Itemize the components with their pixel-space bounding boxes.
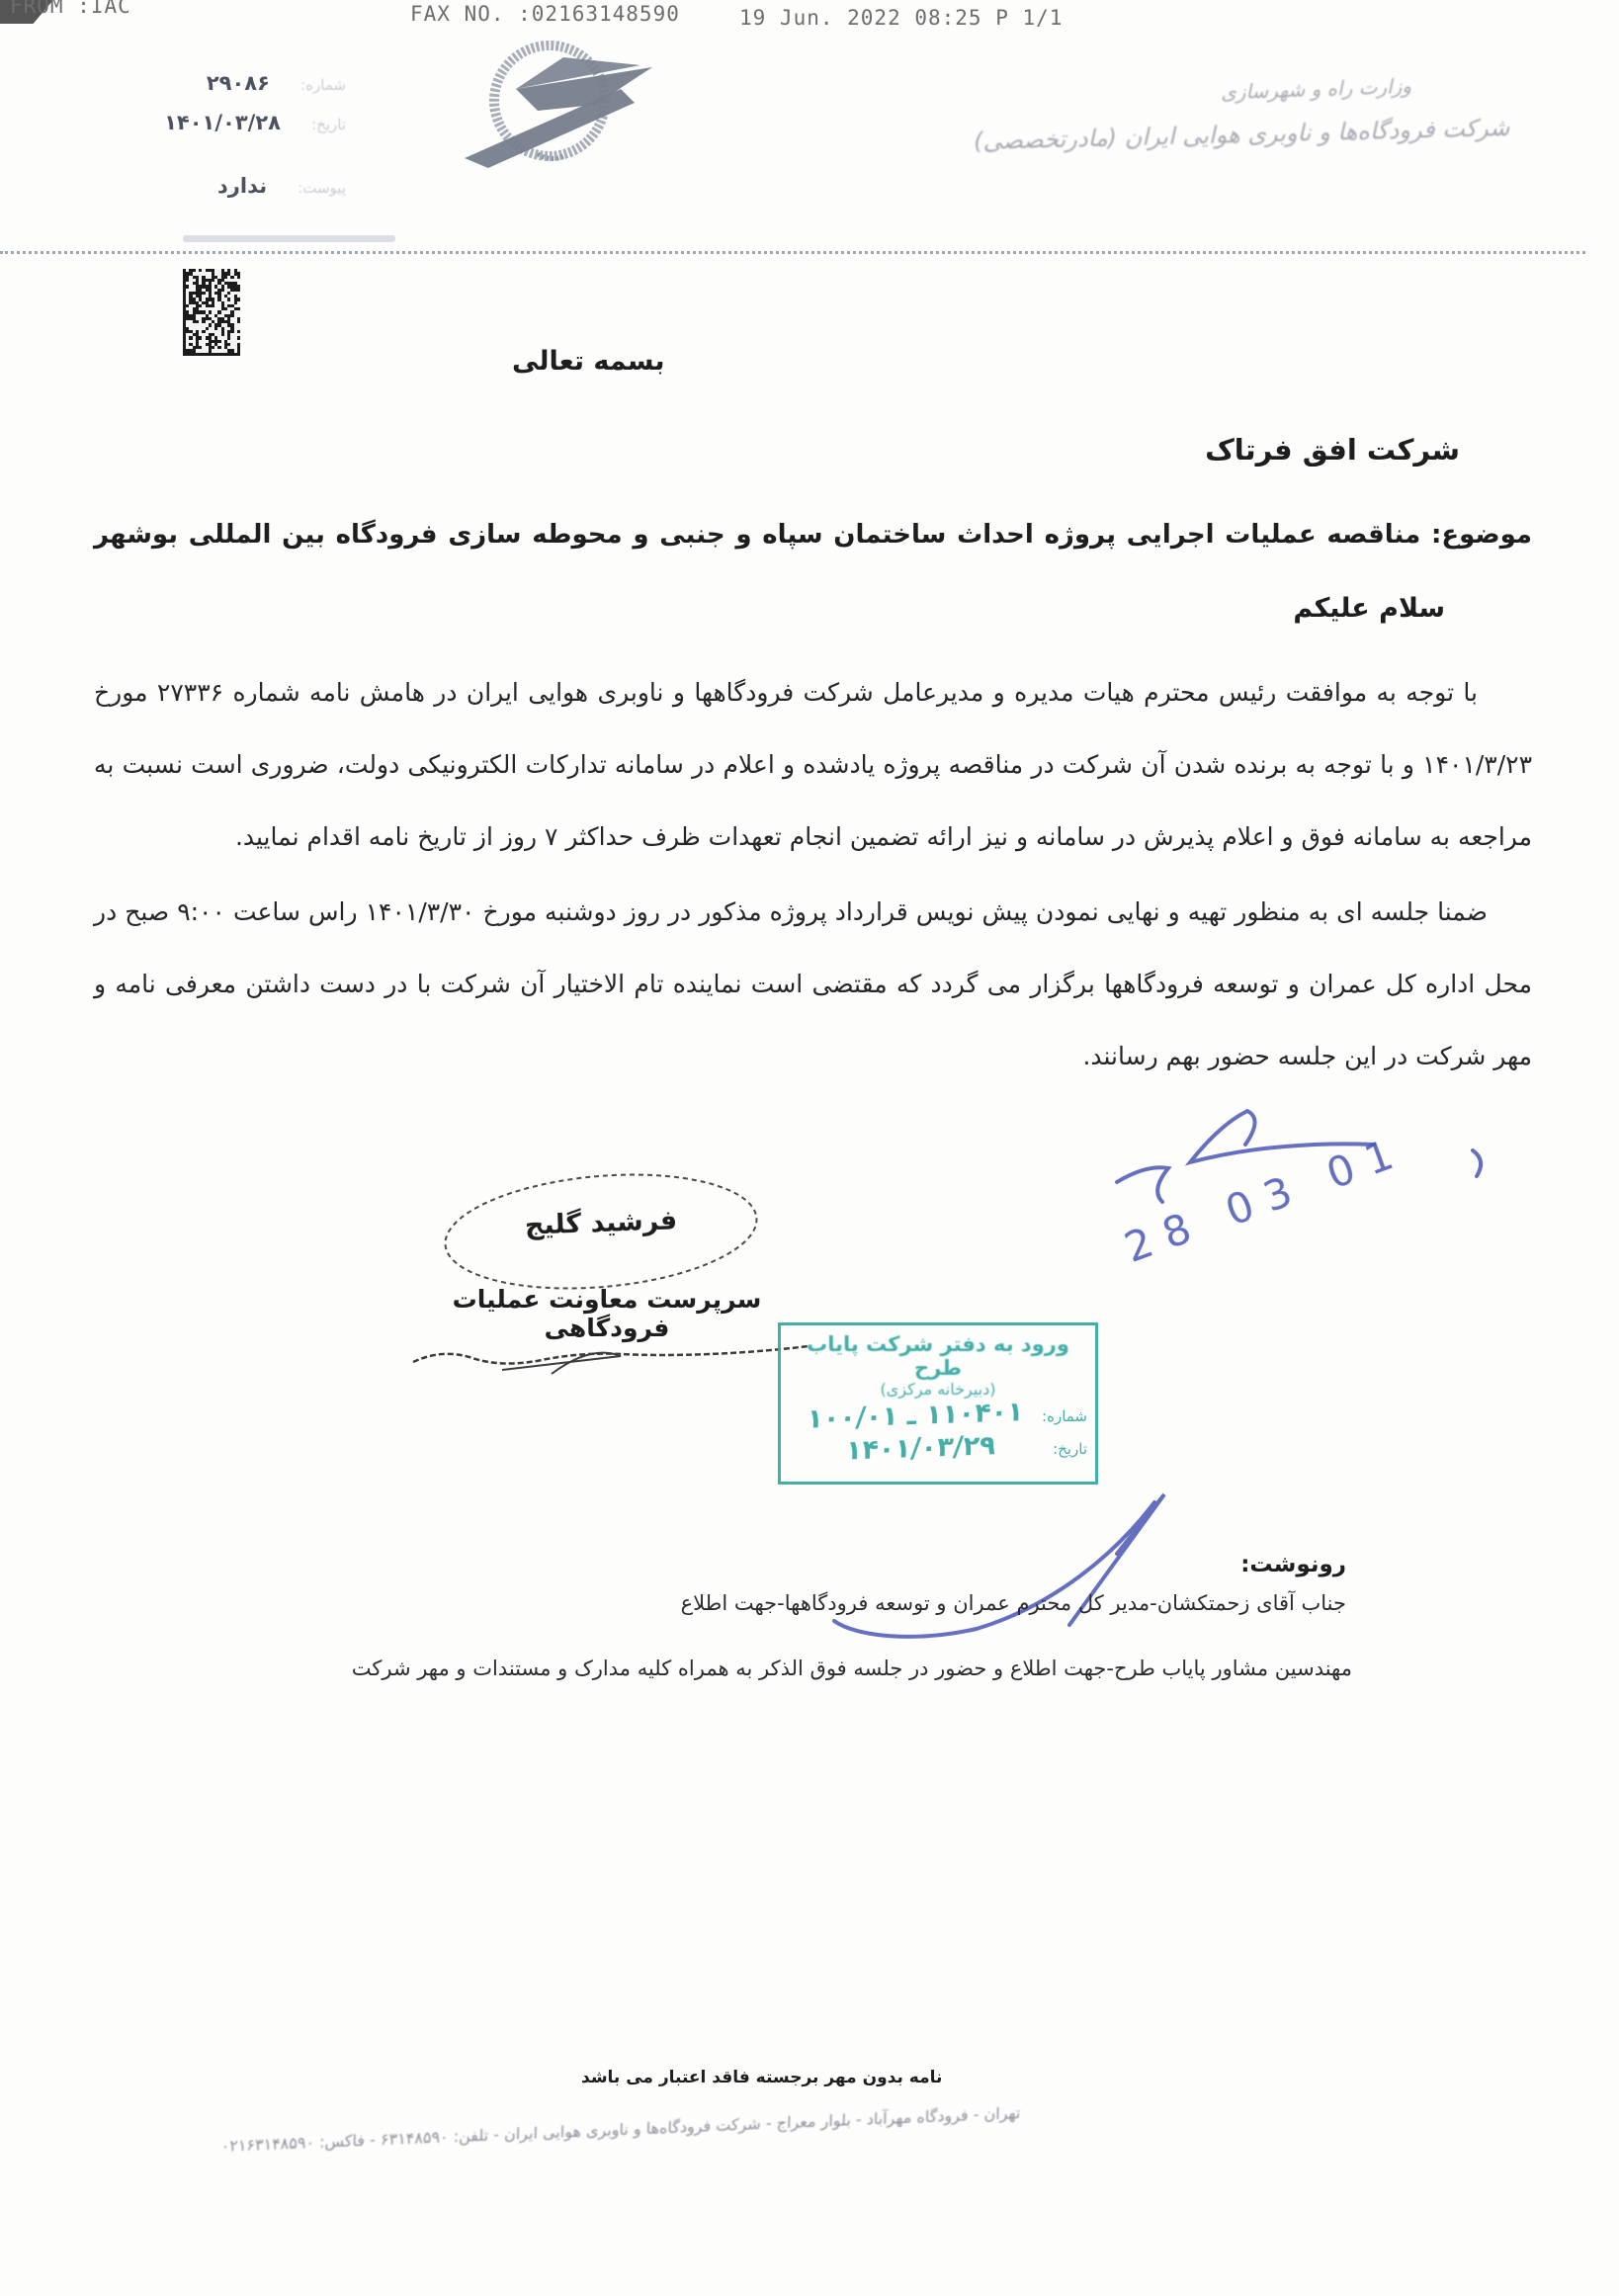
letter-attachment-row: پیوست: ندارد (217, 174, 346, 198)
letter-number-value: ۲۹۰۸۶ (207, 71, 270, 95)
body-paragraph-2: ضمنا جلسه ای به منظور تهیه و نهایی نمودن… (94, 876, 1532, 1092)
attachment-label: پیوست: (298, 179, 346, 197)
subject-line: موضوع: مناقصه عملیات اجرایی پروژه احداث … (94, 520, 1532, 550)
recipient-heading: شرکت افق فرتاک (1205, 433, 1460, 467)
scan-smudge (183, 235, 395, 242)
fax-from-label: FROM :IAC (10, 0, 131, 18)
letter-date-value: ۱۴۰۱/۰۳/۲۸ (164, 111, 281, 134)
letter-date-row: تاریخ: ۱۴۰۱/۰۳/۲۸ (164, 111, 346, 134)
date-label: تاریخ: (311, 116, 346, 133)
number-label: شماره: (300, 76, 346, 94)
qr-code (183, 269, 240, 356)
cc-item-1: جناب آقای زحمتکشان-مدیر کل محترم عمران و… (681, 1591, 1346, 1615)
org-company-line: شرکت فرودگاه‌ها و ناوبری هوایی ایران (ما… (974, 114, 1510, 155)
signature-squiggle (403, 1315, 818, 1384)
cc-item-2: مهندسین مشاور پایاب طرح-جهت اطلاع و حضور… (352, 1657, 1352, 1680)
besmeleh-heading: بسمه تعالی (512, 346, 664, 377)
airports-company-logo-icon (447, 28, 659, 176)
salutation: سلام علیکم (1293, 593, 1445, 624)
body-paragraph-1: با توجه به موافقت رئیس محترم هیات مدیره … (94, 656, 1532, 873)
scanned-letter-page: FROM :IAC FAX NO. :02163148590 19 Jun. 2… (0, 0, 1619, 2296)
letter-attachment-value: ندارد (217, 174, 267, 198)
org-ministry-line: وزارت راه و شهرسازی (1221, 74, 1412, 105)
fax-datetime-label: 19 Jun. 2022 08:25 P 1/1 (739, 6, 1063, 30)
validity-note: نامه بدون مهر برجسته فاقد اعتبار می باشد (581, 2068, 942, 2087)
fax-number-label: FAX NO. :02163148590 (410, 2, 680, 26)
cc-heading: رونوشت: (1240, 1552, 1346, 1577)
dotted-divider (0, 251, 1585, 254)
letter-number-row: شماره: ۲۹۰۸۶ (207, 71, 346, 95)
address-line-illegible: تهران - فرودگاه مهرآباد - بلوار معراج - … (127, 2096, 1115, 2164)
